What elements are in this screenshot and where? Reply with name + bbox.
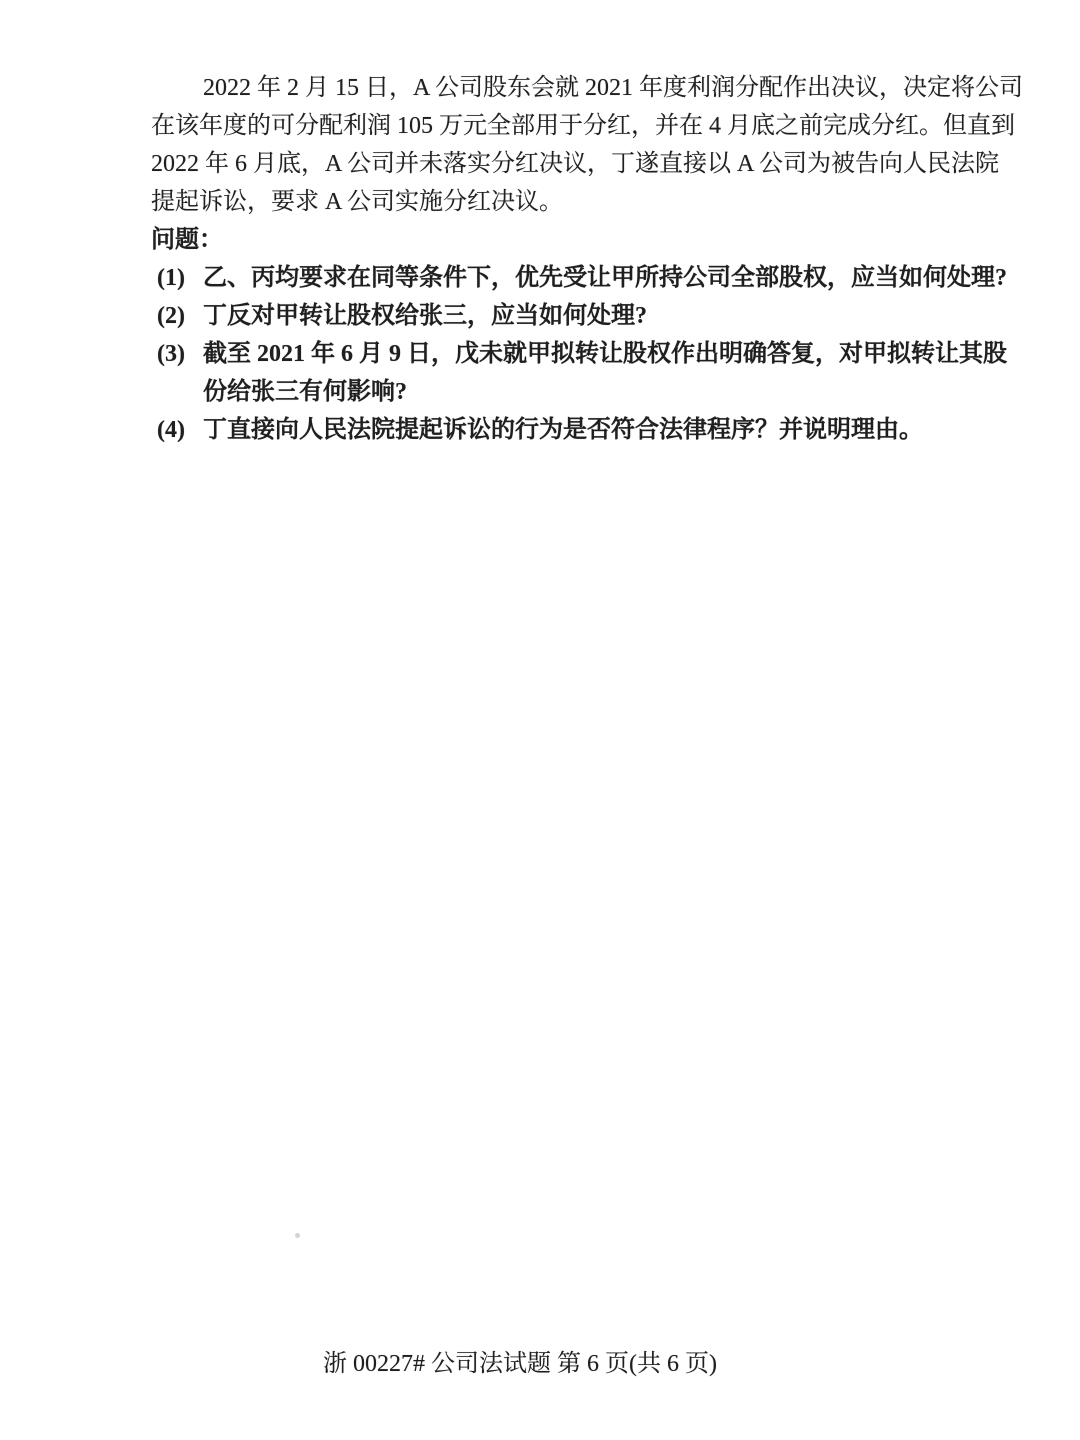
- question-item-1: (1) 乙、丙均要求在同等条件下，优先受让甲所持公司全部股权，应当如何处理?: [151, 259, 951, 297]
- exam-page: 2022 年 2 月 15 日，A 公司股东会就 2021 年度利润分配作出决议…: [0, 0, 1080, 1440]
- question-4-line-1: 丁直接向人民法院提起诉讼的行为是否符合法律程序？并说明理由。: [203, 411, 923, 449]
- case-line-2: 在该年度的可分配利润 105 万元全部用于分红，并在 4 月底之前完成分红。但直…: [151, 107, 951, 145]
- case-line-1: 2022 年 2 月 15 日，A 公司股东会就 2021 年度利润分配作出决议…: [151, 69, 951, 107]
- question-1-line-1: 乙、丙均要求在同等条件下，优先受让甲所持公司全部股权，应当如何处理?: [203, 259, 1007, 297]
- questions-label: 问题：: [151, 221, 951, 259]
- question-4-number: (4): [151, 411, 203, 449]
- question-item-4: (4) 丁直接向人民法院提起诉讼的行为是否符合法律程序？并说明理由。: [151, 411, 951, 449]
- page-footer: 浙 00227# 公司法试题 第 6 页(共 6 页): [323, 1349, 717, 1379]
- question-item-3: (3) 截至 2021 年 6 月 9 日，戊未就甲拟转让股权作出明确答复，对甲…: [151, 335, 951, 411]
- question-2-number: (2): [151, 297, 203, 335]
- case-line-3: 2022 年 6 月底，A 公司并未落实分红决议，丁遂直接以 A 公司为被告向人…: [151, 145, 951, 183]
- case-line-4: 提起诉讼，要求 A 公司实施分红决议。: [151, 183, 951, 221]
- question-1-number: (1): [151, 259, 203, 297]
- question-item-2: (2) 丁反对甲转让股权给张三，应当如何处理?: [151, 297, 951, 335]
- exam-content: 2022 年 2 月 15 日，A 公司股东会就 2021 年度利润分配作出决议…: [151, 69, 951, 449]
- question-3-line-1: 截至 2021 年 6 月 9 日，戊未就甲拟转让股权作出明确答复，对甲拟转让其…: [203, 335, 1007, 373]
- question-1-text: 乙、丙均要求在同等条件下，优先受让甲所持公司全部股权，应当如何处理?: [203, 259, 1007, 297]
- question-3-number: (3): [151, 335, 203, 373]
- question-3-line-2: 份给张三有何影响?: [203, 373, 1007, 411]
- question-3-text: 截至 2021 年 6 月 9 日，戊未就甲拟转让股权作出明确答复，对甲拟转让其…: [203, 335, 1007, 411]
- question-2-line-1: 丁反对甲转让股权给张三，应当如何处理?: [203, 297, 647, 335]
- question-4-text: 丁直接向人民法院提起诉讼的行为是否符合法律程序？并说明理由。: [203, 411, 923, 449]
- scan-artifact-dot: [295, 1233, 300, 1238]
- question-2-text: 丁反对甲转让股权给张三，应当如何处理?: [203, 297, 647, 335]
